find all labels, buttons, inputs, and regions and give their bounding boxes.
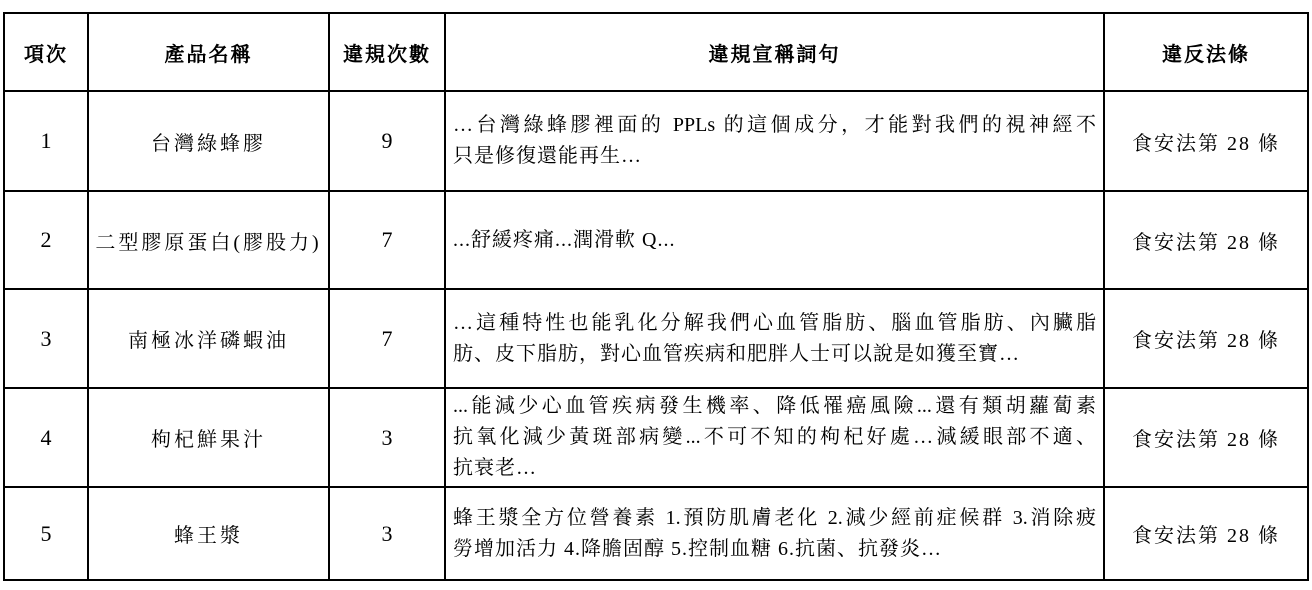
col-header-claim: 違規宣稱詞句 bbox=[445, 13, 1104, 91]
cell-claim: 蜂王漿全方位營養素 1.預防肌膚老化 2.減少經前症候群 3.消除疲 勞增加活力… bbox=[445, 487, 1104, 580]
table-row: 2 二型膠原蛋白(膠股力) 7 ...舒緩疼痛...潤滑軟 Q... 食安法第 … bbox=[4, 191, 1308, 289]
violation-products-table: 項次 產品名稱 違規次數 違規宣稱詞句 違反法條 1 台灣綠蜂膠 9 …台灣綠蜂… bbox=[3, 12, 1309, 581]
cell-index: 4 bbox=[4, 388, 88, 487]
claim-line: 抗氧化減少黃斑部病變...不可不知的枸杞好處…減緩眼部不適、 bbox=[453, 422, 1096, 453]
cell-count: 7 bbox=[329, 289, 445, 388]
claim-line: ...舒緩疼痛...潤滑軟 Q... bbox=[453, 225, 1096, 256]
cell-claim: …這種特性也能乳化分解我們心血管脂肪、腦血管脂肪、內臟脂 肪、皮下脂肪，對心血管… bbox=[445, 289, 1104, 388]
claim-line: …台灣綠蜂膠裡面的 PPLs 的這個成分，才能對我們的視神經不 bbox=[453, 110, 1096, 141]
cell-count: 3 bbox=[329, 388, 445, 487]
document-page: 項次 產品名稱 違規次數 違規宣稱詞句 違反法條 1 台灣綠蜂膠 9 …台灣綠蜂… bbox=[0, 0, 1312, 590]
claim-line: ...能減少心血管疾病發生機率、降低罹癌風險...還有類胡蘿蔔素 bbox=[453, 391, 1096, 422]
cell-product: 蜂王漿 bbox=[88, 487, 329, 580]
cell-law: 食安法第 28 條 bbox=[1104, 388, 1308, 487]
cell-index: 5 bbox=[4, 487, 88, 580]
col-header-law: 違反法條 bbox=[1104, 13, 1308, 91]
cell-product: 二型膠原蛋白(膠股力) bbox=[88, 191, 329, 289]
cell-count: 7 bbox=[329, 191, 445, 289]
cell-claim: ...舒緩疼痛...潤滑軟 Q... bbox=[445, 191, 1104, 289]
cell-product: 台灣綠蜂膠 bbox=[88, 91, 329, 191]
table-row: 3 南極冰洋磷蝦油 7 …這種特性也能乳化分解我們心血管脂肪、腦血管脂肪、內臟脂… bbox=[4, 289, 1308, 388]
cell-law: 食安法第 28 條 bbox=[1104, 191, 1308, 289]
cell-product: 南極冰洋磷蝦油 bbox=[88, 289, 329, 388]
cell-index: 1 bbox=[4, 91, 88, 191]
cell-index: 2 bbox=[4, 191, 88, 289]
claim-line: 只是修復還能再生… bbox=[453, 141, 1096, 172]
cell-count: 3 bbox=[329, 487, 445, 580]
claim-line: 勞增加活力 4.降膽固醇 5.控制血糖 6.抗菌、抗發炎… bbox=[453, 534, 1096, 565]
claim-line: …這種特性也能乳化分解我們心血管脂肪、腦血管脂肪、內臟脂 bbox=[453, 308, 1096, 339]
table-row: 1 台灣綠蜂膠 9 …台灣綠蜂膠裡面的 PPLs 的這個成分，才能對我們的視神經… bbox=[4, 91, 1308, 191]
col-header-index: 項次 bbox=[4, 13, 88, 91]
cell-claim: ...能減少心血管疾病發生機率、降低罹癌風險...還有類胡蘿蔔素 抗氧化減少黃斑… bbox=[445, 388, 1104, 487]
cell-claim: …台灣綠蜂膠裡面的 PPLs 的這個成分，才能對我們的視神經不 只是修復還能再生… bbox=[445, 91, 1104, 191]
table-row: 5 蜂王漿 3 蜂王漿全方位營養素 1.預防肌膚老化 2.減少經前症候群 3.消… bbox=[4, 487, 1308, 580]
col-header-count: 違規次數 bbox=[329, 13, 445, 91]
cell-law: 食安法第 28 條 bbox=[1104, 487, 1308, 580]
claim-line: 抗衰老… bbox=[453, 453, 1096, 484]
cell-index: 3 bbox=[4, 289, 88, 388]
col-header-product: 產品名稱 bbox=[88, 13, 329, 91]
claim-line: 肪、皮下脂肪，對心血管疾病和肥胖人士可以說是如獲至寶… bbox=[453, 339, 1096, 370]
cell-law: 食安法第 28 條 bbox=[1104, 91, 1308, 191]
table-row: 4 枸杞鮮果汁 3 ...能減少心血管疾病發生機率、降低罹癌風險...還有類胡蘿… bbox=[4, 388, 1308, 487]
cell-law: 食安法第 28 條 bbox=[1104, 289, 1308, 388]
cell-count: 9 bbox=[329, 91, 445, 191]
claim-line: 蜂王漿全方位營養素 1.預防肌膚老化 2.減少經前症候群 3.消除疲 bbox=[453, 503, 1096, 534]
header-row: 項次 產品名稱 違規次數 違規宣稱詞句 違反法條 bbox=[4, 13, 1308, 91]
cell-product: 枸杞鮮果汁 bbox=[88, 388, 329, 487]
